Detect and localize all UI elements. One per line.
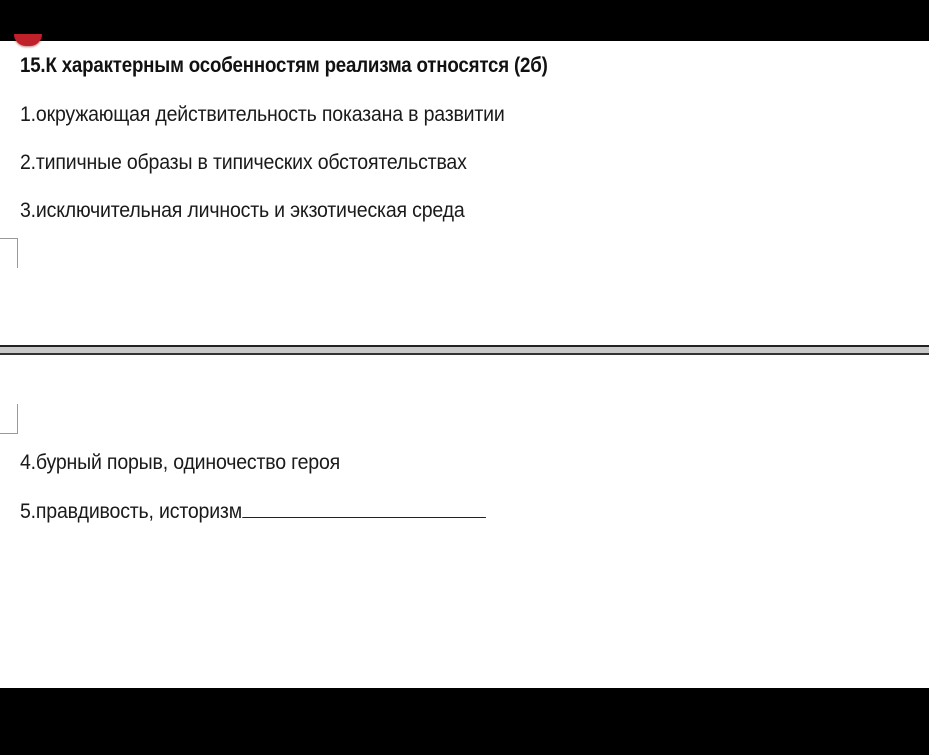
answer-blank[interactable] [242,499,486,518]
option-2: 2.типичные образы в типических обстоятел… [20,151,467,175]
option-3: 3.исключительная личность и экзотическая… [20,199,465,223]
document-page-1[interactable] [0,41,929,346]
option-5: 5.правдивость, историзм [20,500,242,523]
question-heading: 15.К характерным особенностям реализма о… [20,54,548,78]
option-1: 1.окружающая действительность показана в… [20,103,505,127]
page-separator [0,345,929,355]
page-corner-mark-icon [0,238,18,268]
document-viewer: 15.К характерным особенностям реализма о… [0,0,929,755]
option-5-row: 5.правдивость, историзм [20,499,486,524]
option-4: 4.бурный порыв, одиночество героя [20,451,340,475]
page-corner-mark-icon [0,404,18,434]
